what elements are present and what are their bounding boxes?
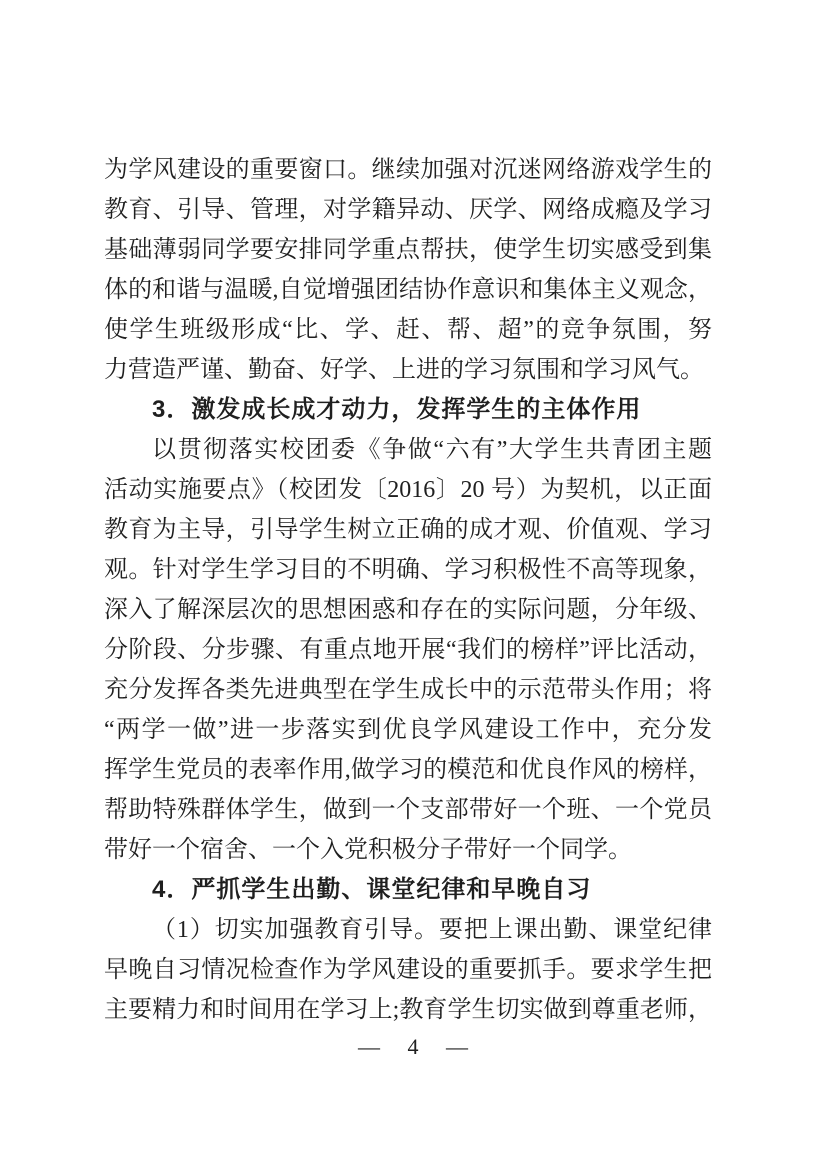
text-line: 以贯彻落实校团委《争做“六有”大学生共青团主题 xyxy=(104,430,712,470)
text-line: 体的和谐与温暖,自觉增强团结协作意识和集体主义观念， xyxy=(104,270,712,310)
text-line: “两学一做”进一步落实到优良学风建设工作中，充分发 xyxy=(104,710,712,750)
document-body: 为学风建设的重要窗口。继续加强对沉迷网络游戏学生的 教育、引导、管理，对学籍异动… xyxy=(104,150,712,1030)
text-line: 为学风建设的重要窗口。继续加强对沉迷网络游戏学生的 xyxy=(104,150,712,190)
text-line: 力营造严谨、勤奋、好学、上进的学习氛围和学习风气。 xyxy=(104,350,712,390)
section-heading: 4．严抓学生出勤、课堂纪律和早晚自习 xyxy=(104,870,712,910)
text-line: 充分发挥各类先进典型在学生成长中的示范带头作用；将 xyxy=(104,670,712,710)
text-line: 分阶段、分步骤、有重点地开展“我们的榜样”评比活动， xyxy=(104,630,712,670)
page-number: — 4 — xyxy=(358,1034,468,1059)
text-line: 教育为主导，引导学生树立正确的成才观、价值观、学习 xyxy=(104,510,712,550)
text-line: 帮助特殊群体学生，做到一个支部带好一个班、一个党员 xyxy=(104,790,712,830)
text-line: 观。针对学生学习目的不明确、学习积极性不高等现象， xyxy=(104,550,712,590)
text-line: 深入了解深层次的思想困惑和存在的实际问题，分年级、 xyxy=(104,590,712,630)
text-line: 使学生班级形成“比、学、赶、帮、超”的竞争氛围，努 xyxy=(104,310,712,350)
text-line: 活动实施要点》（校团发〔2016〕20 号）为契机，以正面 xyxy=(104,470,712,510)
document-page: 为学风建设的重要窗口。继续加强对沉迷网络游戏学生的 教育、引导、管理，对学籍异动… xyxy=(0,0,826,1169)
page-footer: — 4 — xyxy=(0,1032,826,1062)
text-line: 主要精力和时间用在学习上;教育学生切实做到尊重老师， xyxy=(104,990,712,1030)
text-line: （1）切实加强教育引导。要把上课出勤、课堂纪律和 xyxy=(104,910,712,950)
text-line: 带好一个宿舍、一个入党积极分子带好一个同学。 xyxy=(104,830,712,870)
text-line: 基础薄弱同学要安排同学重点帮扶，使学生切实感受到集 xyxy=(104,230,712,270)
text-line: 挥学生党员的表率作用,做学习的模范和优良作风的榜样， xyxy=(104,750,712,790)
text-line: 教育、引导、管理，对学籍异动、厌学、网络成瘾及学习 xyxy=(104,190,712,230)
section-heading: 3．激发成长成才动力，发挥学生的主体作用 xyxy=(104,390,712,430)
text-line: 早晚自习情况检查作为学风建设的重要抓手。要求学生把 xyxy=(104,950,712,990)
